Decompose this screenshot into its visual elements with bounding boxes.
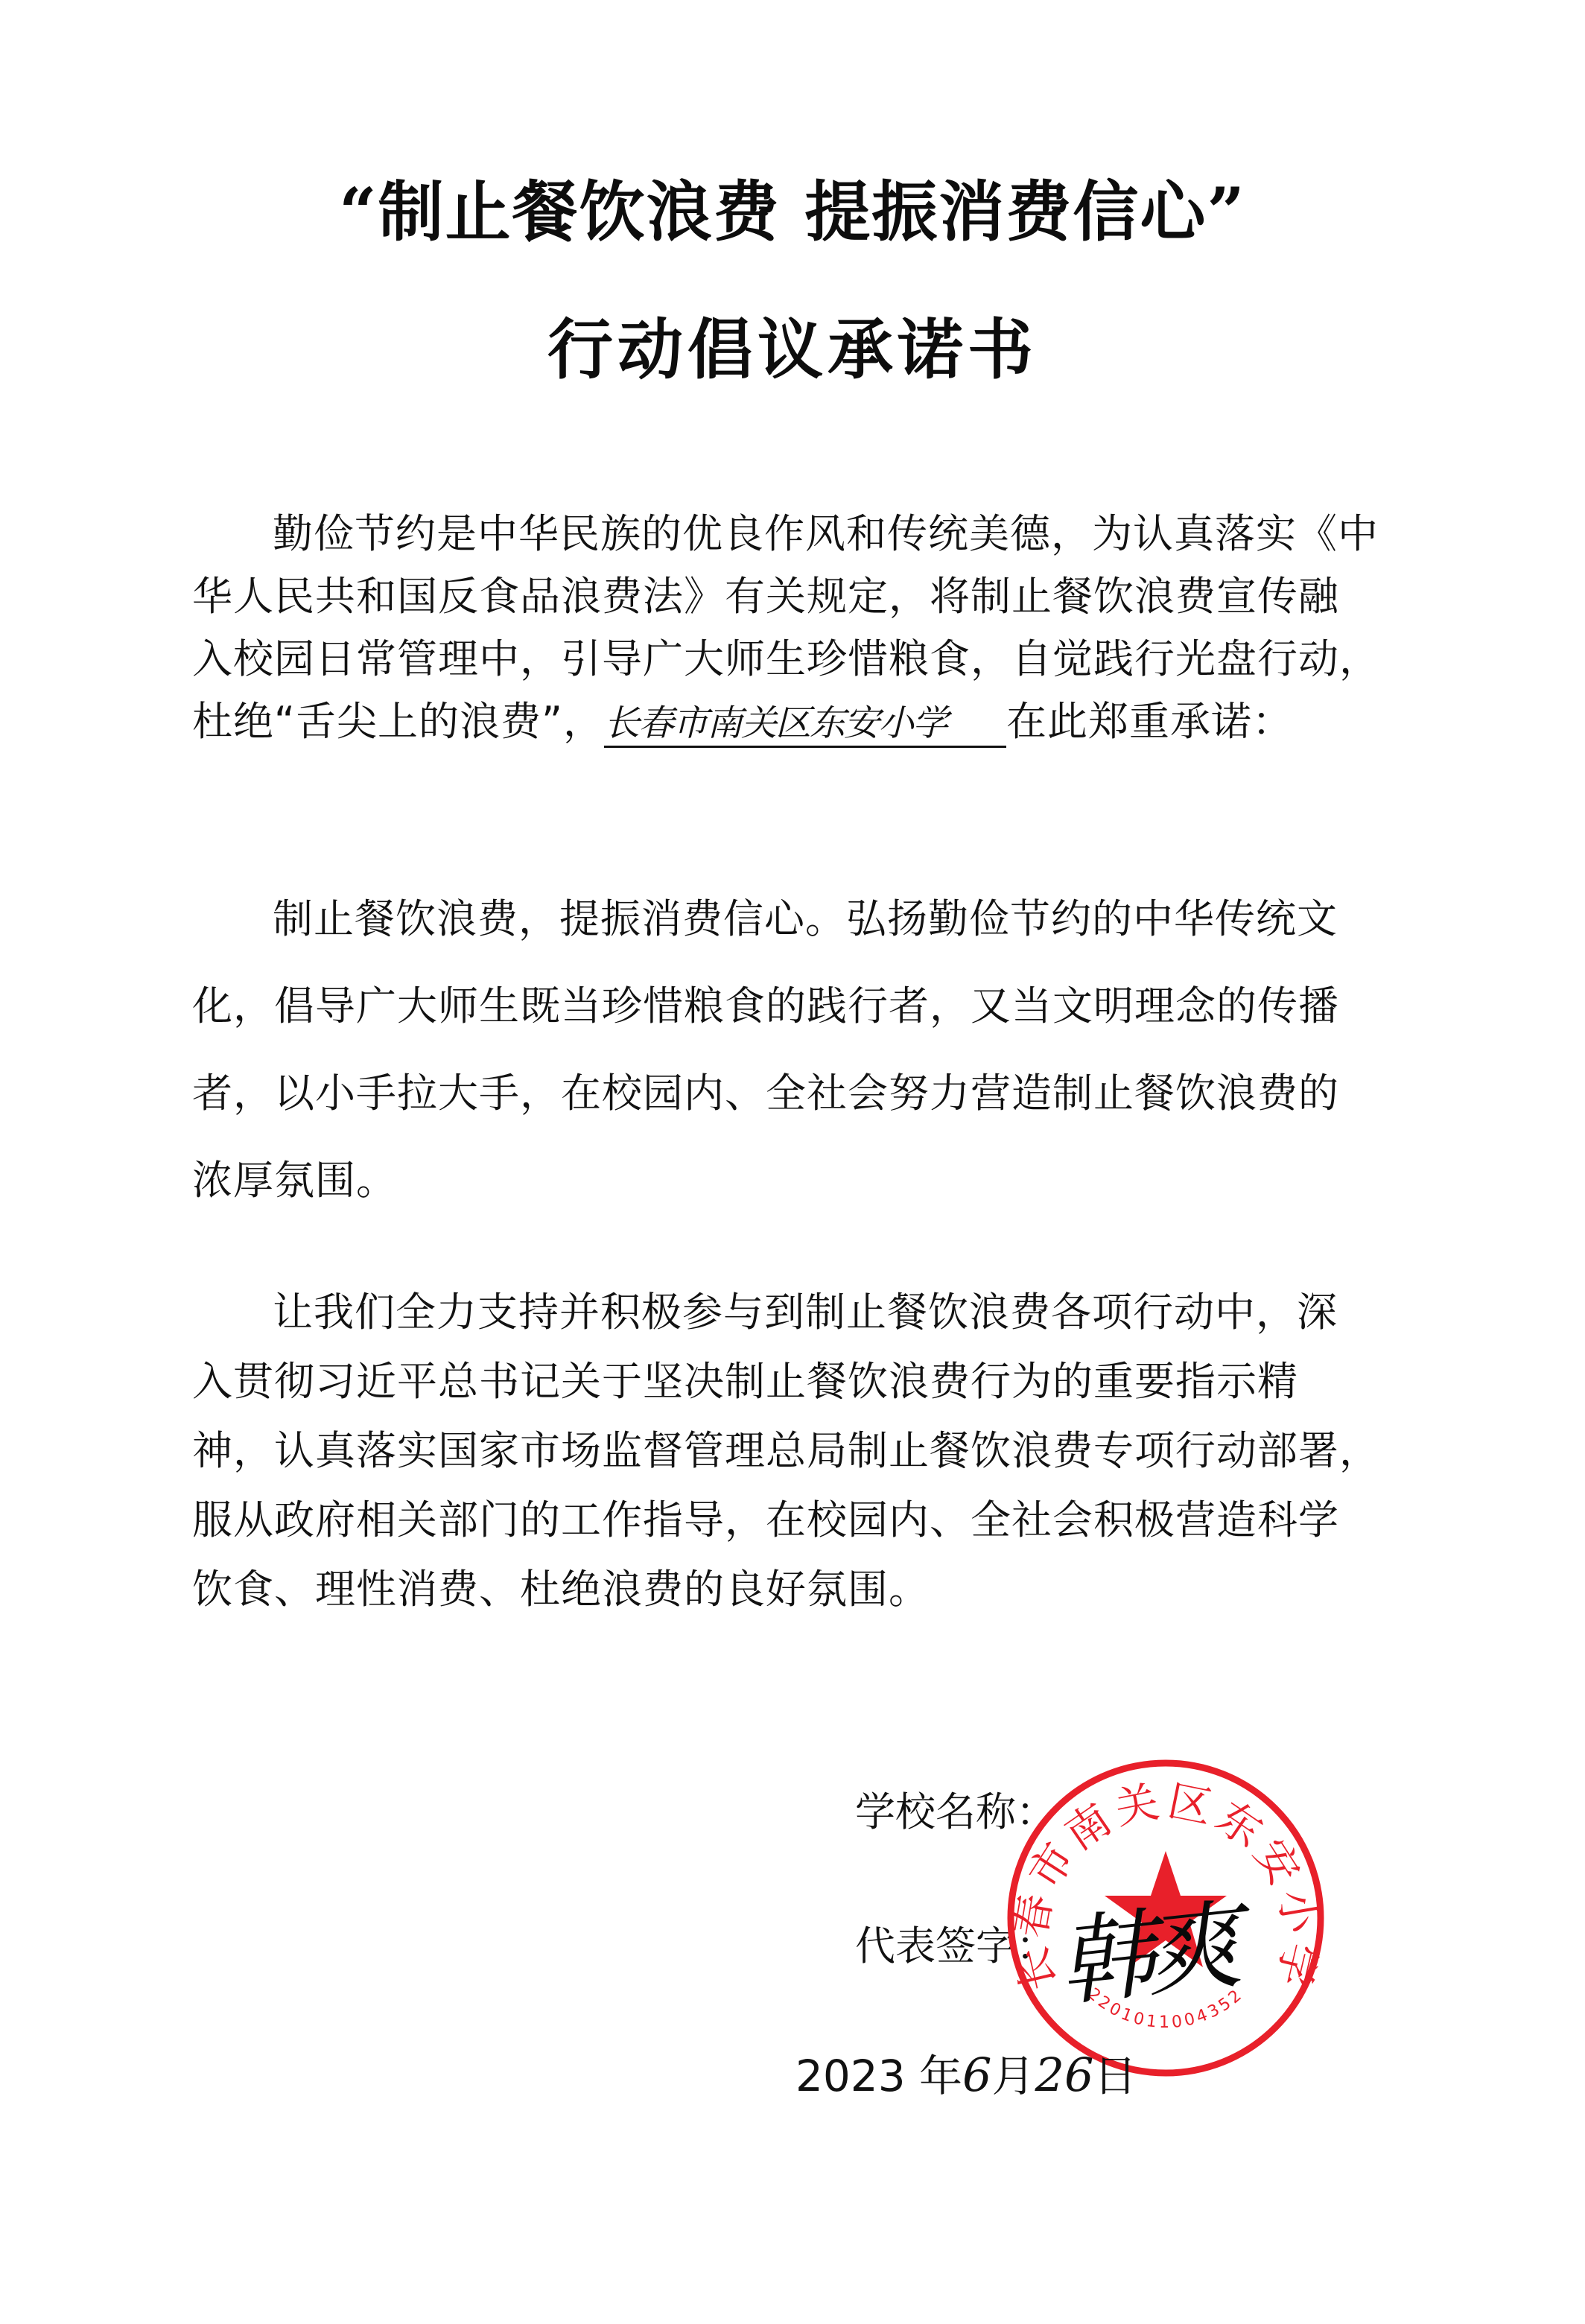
title-line-2: 行动倡议承诺书: [0, 298, 1585, 392]
date-line: 2023 年6月26日: [795, 2041, 1137, 2104]
date-day-handwritten: 26: [1035, 2048, 1094, 2102]
school-name-fill-field: 长春市南关区东安小学: [604, 701, 1006, 748]
paragraph-line: 让我们全力支持并积极参与到制止餐饮浪费各项行动中，深: [192, 1277, 1369, 1347]
paragraph-line: 制止餐饮浪费，提振消费信心。弘扬勤俭节约的中华传统文: [192, 875, 1369, 962]
paragraph-line: 浓厚氛围。: [192, 1137, 1369, 1224]
line-suffix: 在此郑重承诺：: [1006, 698, 1293, 745]
date-month-unit: 月: [992, 2051, 1035, 2101]
paragraph-line: 神，认真落实国家市场监督管理总局制止餐饮浪费专项行动部署，: [192, 1416, 1369, 1485]
paragraph-3: 让我们全力支持并积极参与到制止餐饮浪费各项行动中，深 入贯彻习近平总书记关于坚决…: [192, 1277, 1369, 1624]
paragraph-line: 入校园日常管理中，引导广大师生珍惜粮食，自觉践行光盘行动，: [192, 628, 1369, 690]
paragraph-line: 勤俭节约是中华民族的优良作风和传统美德，为认真落实《中: [192, 503, 1369, 565]
title-line-1: “制止餐饮浪费 提振消费信心”: [0, 160, 1585, 254]
handwritten-signature: 韩爽: [1051, 1868, 1237, 2025]
paragraph-line: 入贯彻习近平总书记关于坚决制止餐饮浪费行为的重要指示精: [192, 1347, 1369, 1416]
date-month-handwritten: 6: [962, 2048, 991, 2102]
paragraph-line: 饮食、理性消费、杜绝浪费的良好氛围。: [192, 1555, 1369, 1624]
line-prefix: 杜绝“舌尖上的浪费”，: [192, 698, 604, 745]
paragraph-line: 者，以小手拉大手，在校园内、全社会努力营造制止餐饮浪费的: [192, 1050, 1369, 1137]
date-day-unit: 日: [1093, 2051, 1137, 2101]
paragraph-line: 服从政府相关部门的工作指导，在校园内、全社会积极营造科学: [192, 1485, 1369, 1555]
date-year: 2023 年: [795, 2051, 962, 2101]
paragraph-line: 杜绝“舌尖上的浪费”，长春市南关区东安小学在此郑重承诺：: [192, 690, 1369, 753]
paragraph-line: 华人民共和国反食品浪费法》有关规定，将制止餐饮浪费宣传融: [192, 565, 1369, 628]
paragraph-line: 化，倡导广大师生既当珍惜粮食的践行者，又当文明理念的传播: [192, 962, 1369, 1050]
paragraph-1: 勤俭节约是中华民族的优良作风和传统美德，为认真落实《中 华人民共和国反食品浪费法…: [192, 503, 1369, 753]
paragraph-2: 制止餐饮浪费，提振消费信心。弘扬勤俭节约的中华传统文 化，倡导广大师生既当珍惜粮…: [192, 875, 1369, 1224]
